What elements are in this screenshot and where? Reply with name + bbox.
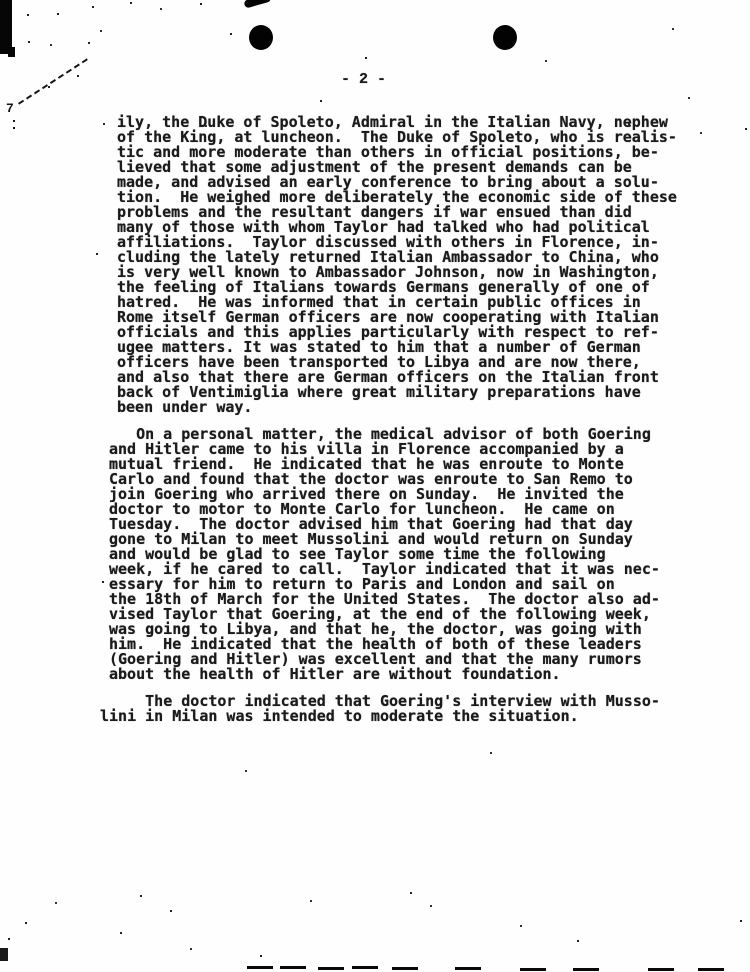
page-number: - 2 -	[341, 71, 386, 88]
body-paragraph-1: ily, the Duke of Spoleto, Admiral in the…	[117, 115, 677, 415]
scan-corner-mark	[0, 948, 8, 961]
scan-bottom-edge-line	[247, 966, 273, 969]
body-paragraph-3: The doctor indicated that Goering's inte…	[100, 694, 660, 724]
margin-mark: 7	[6, 101, 14, 116]
scan-edge-artifact	[8, 47, 15, 57]
scanned-document-page: - 2 - 7 ily, the Duke of Spoleto, Admira…	[0, 0, 750, 972]
scan-noise-specks	[0, 0, 2, 2]
punch-hole-left	[249, 25, 273, 50]
punch-hole-right	[493, 25, 517, 50]
pencil-scratch-artifact	[18, 58, 88, 104]
scan-edge-artifact	[0, 0, 12, 54]
body-paragraph-2: On a personal matter, the medical adviso…	[109, 427, 660, 682]
scan-artifact-arc	[243, 0, 271, 9]
